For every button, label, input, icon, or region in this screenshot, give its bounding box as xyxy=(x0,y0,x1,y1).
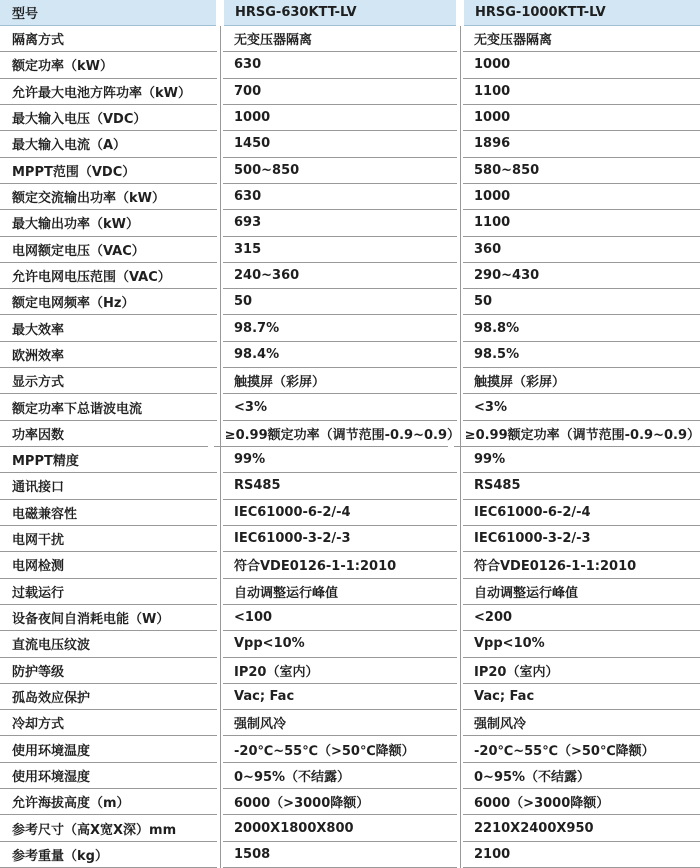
spec-label: 允许海拔高度（m） xyxy=(0,789,217,815)
spec-value-model-1000: 580~850 xyxy=(463,158,700,184)
table-row: 允许最大电池方阵功率（kW） 700 1100 xyxy=(0,79,700,105)
spec-value-model-1000: 1896 xyxy=(463,131,700,157)
spec-value-model-1000: 50 xyxy=(463,289,700,315)
table-row: 电网额定电压（VAC） 315 360 xyxy=(0,237,700,263)
table-row: 电网干扰 IEC61000-3-2/-3 IEC61000-3-2/-3 xyxy=(0,526,700,552)
spec-value-model-630: Vac; Fac xyxy=(223,684,457,710)
table-row: 通讯接口 RS485 RS485 xyxy=(0,473,700,499)
spec-value-model-630: 符合VDE0126-1-1:2010 xyxy=(223,552,457,578)
table-row: 允许电网电压范围（VAC） 240~360 290~430 xyxy=(0,263,700,289)
table-row: 冷却方式 强制风冷 强制风冷 xyxy=(0,710,700,736)
spec-value-model-1000: 2100 xyxy=(463,842,700,868)
table-row: 防护等级 IP20（室内） IP20（室内） xyxy=(0,658,700,684)
spec-value-model-1000: -20℃~55℃（>50℃降额） xyxy=(463,736,700,762)
spec-value-model-630: 98.4% xyxy=(223,342,457,368)
table-row: 额定功率下总谐波电流 <3% <3% xyxy=(0,394,700,420)
spec-value-model-630: <3% xyxy=(223,394,457,420)
spec-value-model-630: IEC61000-6-2/-4 xyxy=(223,500,457,526)
spec-label: 允许电网电压范围（VAC） xyxy=(0,263,217,289)
table-row: 孤岛效应保护 Vac; Fac Vac; Fac xyxy=(0,684,700,710)
spec-value-model-630: 630 xyxy=(223,184,457,210)
spec-value-model-1000: 触摸屏（彩屏） xyxy=(463,368,700,394)
spec-label: 额定交流输出功率（kW） xyxy=(0,184,217,210)
table-row: 电磁兼容性 IEC61000-6-2/-4 IEC61000-6-2/-4 xyxy=(0,500,700,526)
table-row: 功率因数 ≥0.99额定功率（调节范围-0.9~0.9） ≥0.99额定功率（调… xyxy=(0,421,700,447)
spec-label: 隔离方式 xyxy=(0,26,217,52)
table-row: 电网检测 符合VDE0126-1-1:2010 符合VDE0126-1-1:20… xyxy=(0,552,700,578)
spec-value-model-630: 6000（>3000降额） xyxy=(223,789,457,815)
table-row: 额定交流输出功率（kW） 630 1000 xyxy=(0,184,700,210)
spec-value-model-630: 自动调整运行峰值 xyxy=(223,579,457,605)
spec-value-model-1000: 符合VDE0126-1-1:2010 xyxy=(463,552,700,578)
spec-value-model-1000: 1100 xyxy=(463,210,700,236)
spec-label: 额定电网频率（Hz） xyxy=(0,289,217,315)
table-row: MPPT精度 99% 99% xyxy=(0,447,700,473)
spec-value-model-1000: 强制风冷 xyxy=(463,710,700,736)
spec-value-model-1000: 1000 xyxy=(463,105,700,131)
table-row: 最大输入电压（VDC） 1000 1000 xyxy=(0,105,700,131)
spec-value-model-1000: Vac; Fac xyxy=(463,684,700,710)
spec-label: 允许最大电池方阵功率（kW） xyxy=(0,79,217,105)
spec-value-model-630: -20℃~55℃（>50℃降额） xyxy=(223,736,457,762)
spec-label: 电磁兼容性 xyxy=(0,500,217,526)
spec-label: MPPT范围（VDC） xyxy=(0,158,217,184)
spec-label: 功率因数 xyxy=(0,421,208,447)
table-row: 过载运行 自动调整运行峰值 自动调整运行峰值 xyxy=(0,579,700,605)
spec-value-model-1000: IP20（室内） xyxy=(463,658,700,684)
spec-label: 电网额定电压（VAC） xyxy=(0,237,217,263)
table-row: 直流电压纹波 Vpp<10% Vpp<10% xyxy=(0,631,700,657)
spec-value-model-630: 1508 xyxy=(223,842,457,868)
spec-value-model-1000: 98.8% xyxy=(463,315,700,341)
table-row: 最大效率 98.7% 98.8% xyxy=(0,315,700,341)
spec-label: 欧洲效率 xyxy=(0,342,217,368)
spec-label: 额定功率（kW） xyxy=(0,52,217,78)
table-row: MPPT范围（VDC） 500~850 580~850 xyxy=(0,158,700,184)
spec-value-model-1000: <200 xyxy=(463,605,700,631)
table-row: 使用环境温度 -20℃~55℃（>50℃降额） -20℃~55℃（>50℃降额） xyxy=(0,736,700,762)
spec-value-model-630: <100 xyxy=(223,605,457,631)
spec-value-model-630: 99% xyxy=(223,447,457,473)
spec-value-model-1000: 1100 xyxy=(463,79,700,105)
spec-value-model-1000: 自动调整运行峰值 xyxy=(463,579,700,605)
spec-value-model-630: 1450 xyxy=(223,131,457,157)
table-row: 允许海拔高度（m） 6000（>3000降额） 6000（>3000降额） xyxy=(0,789,700,815)
column-divider-1 xyxy=(220,26,221,868)
spec-value-model-630: Vpp<10% xyxy=(223,631,457,657)
table-row: 额定电网频率（Hz） 50 50 xyxy=(0,289,700,315)
spec-label: 显示方式 xyxy=(0,368,217,394)
spec-value-model-630: RS485 xyxy=(223,473,457,499)
spec-value-model-630: IP20（室内） xyxy=(223,658,457,684)
spec-value-model-1000: <3% xyxy=(463,394,700,420)
column-divider-2 xyxy=(460,26,461,868)
spec-label: 直流电压纹波 xyxy=(0,631,217,657)
spec-value-model-630: 无变压器隔离 xyxy=(223,26,457,52)
spec-value-model-630: ≥0.99额定功率（调节范围-0.9~0.9） xyxy=(214,421,448,447)
spec-value-model-1000: 99% xyxy=(463,447,700,473)
spec-value-model-630: 1000 xyxy=(223,105,457,131)
spec-value-model-1000: Vpp<10% xyxy=(463,631,700,657)
spec-value-model-630: 强制风冷 xyxy=(223,710,457,736)
spec-value-model-1000: ≥0.99额定功率（调节范围-0.9~0.9） xyxy=(454,421,700,447)
spec-label: 防护等级 xyxy=(0,658,217,684)
table-header-row: 型号 HRSG-630KTT-LV HRSG-1000KTT-LV xyxy=(0,0,700,26)
spec-value-model-1000: RS485 xyxy=(463,473,700,499)
spec-label: 最大输出功率（kW） xyxy=(0,210,217,236)
table-row: 使用环境湿度 0~95%（不结露） 0~95%（不结露） xyxy=(0,763,700,789)
table-row: 参考尺寸（高X宽X深）mm 2000X1800X800 2210X2400X95… xyxy=(0,815,700,841)
spec-value-model-1000: IEC61000-6-2/-4 xyxy=(463,500,700,526)
spec-label: 最大效率 xyxy=(0,315,217,341)
spec-label: 使用环境湿度 xyxy=(0,763,217,789)
spec-label: 参考尺寸（高X宽X深）mm xyxy=(0,815,217,841)
spec-label: 最大输入电压（VDC） xyxy=(0,105,217,131)
spec-value-model-630: IEC61000-3-2/-3 xyxy=(223,526,457,552)
header-param-label: 型号 xyxy=(0,0,216,26)
spec-value-model-630: 240~360 xyxy=(223,263,457,289)
spec-value-model-630: 98.7% xyxy=(223,315,457,341)
spec-value-model-1000: 98.5% xyxy=(463,342,700,368)
spec-label: 最大输入电流（A） xyxy=(0,131,217,157)
table-row: 额定功率（kW） 630 1000 xyxy=(0,52,700,78)
spec-value-model-1000: IEC61000-3-2/-3 xyxy=(463,526,700,552)
table-row: 参考重量（kg） 1508 2100 xyxy=(0,842,700,868)
spec-value-model-630: 2000X1800X800 xyxy=(223,815,457,841)
table-row: 欧洲效率 98.4% 98.5% xyxy=(0,342,700,368)
spec-label: 使用环境温度 xyxy=(0,736,217,762)
spec-value-model-630: 700 xyxy=(223,79,457,105)
header-model-hrsg-1000: HRSG-1000KTT-LV xyxy=(464,0,700,26)
spec-value-model-1000: 360 xyxy=(463,237,700,263)
header-model-hrsg-630: HRSG-630KTT-LV xyxy=(224,0,456,26)
spec-label: 通讯接口 xyxy=(0,473,217,499)
spec-label: 过载运行 xyxy=(0,579,217,605)
table-row: 设备夜间自消耗电能（W） <100 <200 xyxy=(0,605,700,631)
spec-value-model-630: 50 xyxy=(223,289,457,315)
spec-value-model-630: 315 xyxy=(223,237,457,263)
spec-table: 型号 HRSG-630KTT-LV HRSG-1000KTT-LV 隔离方式 无… xyxy=(0,0,700,868)
spec-label: MPPT精度 xyxy=(0,447,217,473)
spec-value-model-1000: 0~95%（不结露） xyxy=(463,763,700,789)
table-row: 显示方式 触摸屏（彩屏） 触摸屏（彩屏） xyxy=(0,368,700,394)
spec-value-model-1000: 6000（>3000降额） xyxy=(463,789,700,815)
spec-label: 参考重量（kg） xyxy=(0,842,217,868)
spec-label: 孤岛效应保护 xyxy=(0,684,217,710)
table-row: 隔离方式 无变压器隔离 无变压器隔离 xyxy=(0,26,700,52)
spec-value-model-630: 693 xyxy=(223,210,457,236)
table-row: 最大输出功率（kW） 693 1100 xyxy=(0,210,700,236)
table-row: 最大输入电流（A） 1450 1896 xyxy=(0,131,700,157)
spec-label: 电网检测 xyxy=(0,552,217,578)
spec-value-model-630: 0~95%（不结露） xyxy=(223,763,457,789)
spec-label: 额定功率下总谐波电流 xyxy=(0,394,217,420)
spec-value-model-1000: 1000 xyxy=(463,52,700,78)
spec-value-model-630: 触摸屏（彩屏） xyxy=(223,368,457,394)
spec-label: 冷却方式 xyxy=(0,710,217,736)
spec-value-model-1000: 无变压器隔离 xyxy=(463,26,700,52)
spec-value-model-630: 500~850 xyxy=(223,158,457,184)
spec-label: 设备夜间自消耗电能（W） xyxy=(0,605,217,631)
spec-value-model-1000: 1000 xyxy=(463,184,700,210)
spec-value-model-630: 630 xyxy=(223,52,457,78)
spec-value-model-1000: 2210X2400X950 xyxy=(463,815,700,841)
spec-label: 电网干扰 xyxy=(0,526,217,552)
spec-table-body: 隔离方式 无变压器隔离 无变压器隔离 额定功率（kW） 630 1000 允许最… xyxy=(0,26,700,868)
spec-value-model-1000: 290~430 xyxy=(463,263,700,289)
